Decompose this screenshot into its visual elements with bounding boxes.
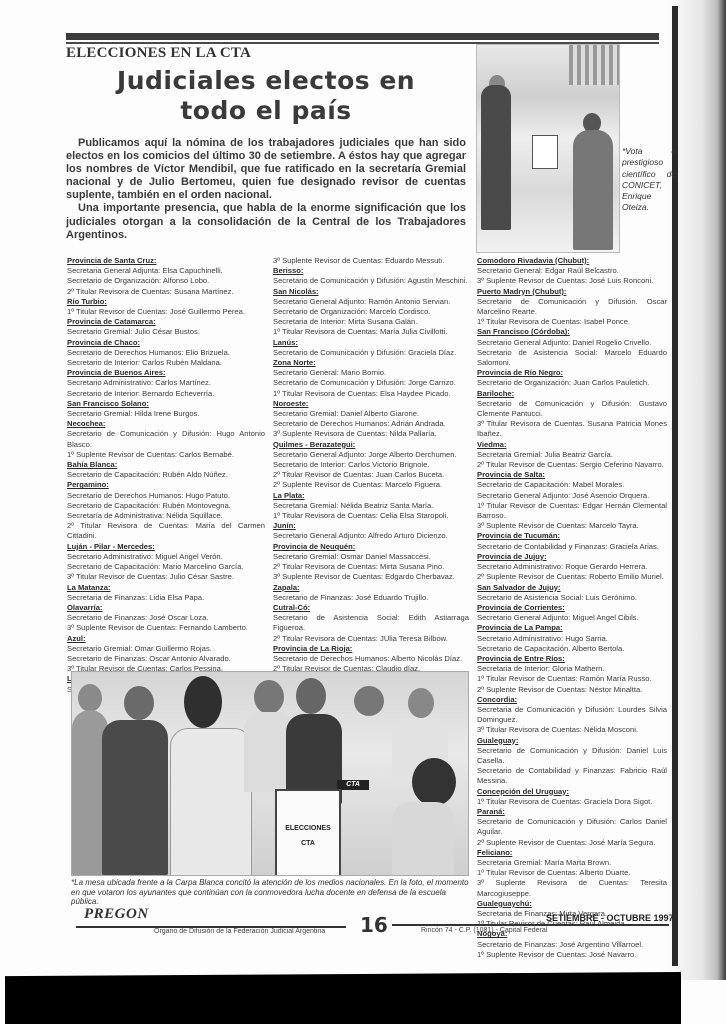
elected-official: Secretario Gremial: Julio César Bustos. xyxy=(67,327,265,337)
location-heading: Provincia de Chaco: xyxy=(67,338,265,348)
location-heading: Viedma: xyxy=(477,440,667,450)
elected-official: 3º Suplente Revisora de Cuentas: Teresit… xyxy=(477,878,667,898)
elected-official: 3º Suplente Revisor de Cuentas: Marcelo … xyxy=(477,521,667,531)
location-heading: Bariloche: xyxy=(477,389,667,399)
elected-official: Secretario de Organización: Marcelo Cord… xyxy=(273,307,469,317)
location-heading: Río Turbio: xyxy=(67,297,265,307)
elected-official: Secretario de Capacitación: Mabel Morale… xyxy=(477,480,667,490)
elected-official: 2º Titular Revisora de Cuentas: María de… xyxy=(67,521,265,541)
elected-official: Secretaría de Administrativa: Nélida Squ… xyxy=(67,511,265,521)
elected-official: 1º Titular Revisor de Cuentas: Ramón Mar… xyxy=(477,674,667,684)
elected-official: Secretario de Asistencia Social: Edith A… xyxy=(273,613,469,633)
elected-official: Secretario de Interior: Carlos Victorio … xyxy=(273,460,469,470)
location-heading: San Nicolás: xyxy=(273,287,469,297)
location-heading: Junín: xyxy=(273,521,469,531)
intro-text: Publicamos aquí la nómina de los trabaja… xyxy=(66,137,466,242)
location-heading: Provincia de Neuquén: xyxy=(273,542,469,552)
intro-paragraph-1: Publicamos aquí la nómina de los trabaja… xyxy=(66,137,466,202)
photo-ballot-box xyxy=(532,135,558,169)
elected-official: Secretario de Asistencia Social: Marcelo… xyxy=(477,348,667,368)
elected-official: Secretario Gremial: Daniel Alberto Giaro… xyxy=(273,409,469,419)
elected-official: 1º Suplente Revisor de Cuentas: José Nav… xyxy=(477,950,667,960)
elected-official: Secretario de Finanzas: José Argentino V… xyxy=(477,940,667,950)
pregon-logo: PREGON xyxy=(84,906,149,923)
elected-official: 2º Suplente Revisor de Cuentas: Néstor M… xyxy=(477,685,667,695)
elected-official: Secretario de Asistencia Social: Luis Ge… xyxy=(477,593,667,603)
location-heading: Berisso: xyxy=(273,266,469,276)
footer-address: Rincón 74 - C.P. (1081) - Capital Federa… xyxy=(421,927,547,934)
photo-voting-scientist xyxy=(476,44,620,253)
elected-official: Secretario de Contabilidad y Finanzas: G… xyxy=(477,542,667,552)
elected-official: 2º Suplente Revisor de Cuentas: Marcelo … xyxy=(273,480,469,490)
elected-official: 2º Titular Revisora de Cuentas: JUlia Te… xyxy=(273,634,469,644)
photo-person-head xyxy=(124,686,154,720)
elected-official: Secretario de Finanzas: José Oscar Loza. xyxy=(67,613,265,623)
location-heading: Provincia de Salta: xyxy=(477,470,667,480)
elected-official: Secretario Gremial: Hilda Irene Burgos. xyxy=(67,409,265,419)
elected-official: Secretario de Derechos Humanos: Alberto … xyxy=(273,654,469,664)
location-heading: Feliciano: xyxy=(477,848,667,858)
location-heading: Gualeguay: xyxy=(477,736,667,746)
footer-rule-right xyxy=(392,924,669,926)
photo-person-head xyxy=(78,684,102,712)
elected-official: Secretario de Comunicación y Difusión: G… xyxy=(477,399,667,419)
scan-border xyxy=(5,972,681,1024)
elected-official: Secretario de Finanzas: Oscar Antonio Al… xyxy=(67,654,265,664)
elected-official: Secretario de Derechos Humanos: Elio Bri… xyxy=(67,348,265,358)
ballot-box: ELECCIONES CTA xyxy=(275,789,341,876)
elected-official: 1º Titular Revisora de Cuentas: Graciela… xyxy=(477,797,667,807)
elected-official: Secretario General Adjunto: José Asencio… xyxy=(477,491,667,501)
location-heading: Provincia de Río Negro: xyxy=(477,368,667,378)
location-heading: Provincia de Tucumán: xyxy=(477,531,667,541)
elected-official: Secretaria de Interior: Mirta Susana Gal… xyxy=(273,317,469,327)
elected-official: Secretario General Adjunto: Miguel Angel… xyxy=(477,613,667,623)
elected-official: 1º Titular Revisora de Cuentas: Elsa Hay… xyxy=(273,389,469,399)
elected-official: Secretario Administrativo: Roque Gerardo… xyxy=(477,562,667,572)
elected-official: Secretario de Capacitación: Rubén Montov… xyxy=(67,501,265,511)
elected-official: Secretario de Capacitación. Alberto Bert… xyxy=(477,644,667,654)
location-heading: Provincia de La Pampa: xyxy=(477,623,667,633)
footer-organ-text: Organo de Difusión de la Federación Judi… xyxy=(154,928,325,935)
photo-person-head xyxy=(408,688,434,718)
elected-official: Secretario de Comunicación y Difusión: G… xyxy=(273,348,469,358)
location-heading: Comodoro Rivadavia (Chubut): xyxy=(477,256,667,266)
location-heading: Provincia de Corrientes: xyxy=(477,603,667,613)
elected-official: Secretario de Derechos Humanos: Hugo Pat… xyxy=(67,491,265,501)
elected-official: Secretario de Finanzas: José Eduardo Tru… xyxy=(273,593,469,603)
photo-person xyxy=(170,728,252,876)
photo-voting-table: CTA ELECCIONES CTA xyxy=(71,671,469,876)
elected-official: Secretario de Comunicación y Difusión: H… xyxy=(67,429,265,449)
photo-poll-worker-head xyxy=(412,758,456,806)
elected-official: Secretario de Organización: Alfonso Lobo… xyxy=(67,276,265,286)
elected-official: Secretario General Adjunto: Daniel Rogel… xyxy=(477,338,667,348)
location-heading: Olavarría: xyxy=(67,603,265,613)
elected-official: Secretario de Comunicación y Difusión: J… xyxy=(273,378,469,388)
location-heading: Zapala: xyxy=(273,583,469,593)
location-heading: Provincia de La Rioja: xyxy=(273,644,469,654)
elected-official: Secretario General Adjunto: Ramón Antoni… xyxy=(273,297,469,307)
elected-official: 1º Titular Revisora de Cuentas: Isabel P… xyxy=(477,317,667,327)
elected-official: 3º Suplente Revisor de Cuentas: Edgardo … xyxy=(273,572,469,582)
elected-official: Secretario Gremial: Osmar Daniel Massacc… xyxy=(273,552,469,562)
elected-official: 3º Suplente Revisor de Cuentas: José Lui… xyxy=(477,276,667,286)
location-heading: Lanús: xyxy=(273,338,469,348)
photo-woman xyxy=(573,130,613,250)
photo-bottom-caption: *La mesa ubicada frente a la Carpa Blanc… xyxy=(71,878,471,907)
elected-official: Secretario de Derechos Humanos: Adrián A… xyxy=(273,419,469,429)
location-heading: Provincia de Catamarca: xyxy=(67,317,265,327)
location-heading: Necochea: xyxy=(67,419,265,429)
cta-sign: CTA xyxy=(337,780,369,790)
photo-building xyxy=(569,45,619,85)
headline-line-1: Judiciales electos en xyxy=(66,66,466,96)
ballot-box-label-2: CTA xyxy=(277,840,339,847)
elected-official: Secretario General Adjunto: Alfredo Artu… xyxy=(273,531,469,541)
location-heading: Zona Norte: xyxy=(273,358,469,368)
location-heading: Puerto Madryn (Chubut): xyxy=(477,287,667,297)
location-heading: Paraná: xyxy=(477,807,667,817)
elected-official: 3º Suplente Revisor de Cuentas: Fernando… xyxy=(67,623,265,633)
elected-official: Secretaria de Comunicación y Difusión: L… xyxy=(477,705,667,725)
location-heading: Provincia de Jujuy: xyxy=(477,552,667,562)
elected-official: Secretario de Capacitación: Rubén Aldo N… xyxy=(67,470,265,480)
location-heading: San Francisco (Córdoba): xyxy=(477,327,667,337)
location-heading: San Salvador de Jujuy: xyxy=(477,583,667,593)
location-heading: Noroeste: xyxy=(273,399,469,409)
elected-official: 3º Titular Revisora de Cuentas. Susana P… xyxy=(477,419,667,439)
elected-official: Secretario Administrativo: Hugo Sarria. xyxy=(477,634,667,644)
ballot-box-label-1: ELECCIONES xyxy=(277,825,339,832)
elected-official: 1º Titular Revisora de Cuentas: María Ju… xyxy=(273,327,469,337)
elected-official: 3º Titular Revisora de Cuentas: Nélida M… xyxy=(477,725,667,735)
location-heading: Luján - Pilar - Mercedes: xyxy=(67,542,265,552)
elected-official: Secretario de Organización: Juan Carlos … xyxy=(477,378,667,388)
photo-person-head xyxy=(296,678,326,714)
elected-official: Secretario Administrativo: Miguel Angel … xyxy=(67,552,265,562)
photo-person-head xyxy=(184,676,222,728)
elected-official: 2º Titular Revisor de Cuentas: Sergio Ce… xyxy=(477,460,667,470)
elected-official: Secretaria General Adjunta: Elsa Capuchi… xyxy=(67,266,265,276)
issue-date: SETIEMBRE - OCTUBRE 1997 xyxy=(546,913,674,923)
location-heading: Cutral-Có: xyxy=(273,603,469,613)
column-2: 3º Suplente Revisor de Cuentas: Eduardo … xyxy=(273,256,469,695)
location-heading: Provincia de Buenos Aires: xyxy=(67,368,265,378)
elected-official: 2º Titular Revisora de Cuentas: Mirta Su… xyxy=(273,562,469,572)
location-heading: La Plata: xyxy=(273,491,469,501)
intro-paragraph-2: Una importante presencia, que habla de l… xyxy=(66,202,466,241)
elected-official: Secretaria de Finanzas: Lidia Elsa Papa. xyxy=(67,593,265,603)
location-heading: Quilmes - Berazategui: xyxy=(273,440,469,450)
elected-official: Secretario de Comunicación y Difusión: C… xyxy=(477,817,667,837)
page-number: 16 xyxy=(360,913,388,937)
location-heading: Provincia de Santa Cruz: xyxy=(67,256,265,266)
section-label: ELECCIONES EN LA CTA xyxy=(66,45,251,62)
location-heading: Gualeguaychú: xyxy=(477,899,667,909)
location-heading: Azul: xyxy=(67,634,265,644)
location-heading: Bahía Blanca: xyxy=(67,460,265,470)
elected-official: 1º Titular Revisor de Cuentas: Edgar Her… xyxy=(477,501,667,521)
header-bar xyxy=(66,33,659,40)
location-heading: San Francisco Solano: xyxy=(67,399,265,409)
elected-official: Secretario Gremial: Omar Guillermo Rojas… xyxy=(67,644,265,654)
elected-official: Secretario de Comunicación y Difusión. O… xyxy=(477,297,667,317)
location-heading: Concepción del Uruguay: xyxy=(477,787,667,797)
elected-official: 2º Titular Revisor de Cuentas: Juan Carl… xyxy=(273,470,469,480)
photo-person-head xyxy=(254,680,284,714)
location-heading: Provincia de Entre Ríos: xyxy=(477,654,667,664)
elected-official: Secretario de Comunicación y Difusión: A… xyxy=(273,276,469,286)
photo-person-head xyxy=(354,686,384,716)
location-heading: Pergamino: xyxy=(67,480,265,490)
elected-official: 1º Titular Revisor de Cuentas: Alberto D… xyxy=(477,868,667,878)
elected-official: 2º Suplente Revisor de Cuentas: Roberto … xyxy=(477,572,667,582)
elected-official: Secretario General: Mario Bornio. xyxy=(273,368,469,378)
elected-official: Secretaria Gremial: María Marta Brown. xyxy=(477,858,667,868)
elected-official: Secretario General Adjunto: Jorge Albert… xyxy=(273,450,469,460)
elected-official: 1º Suplente Revisor de Cuentas: Carlos B… xyxy=(67,450,265,460)
photo-man xyxy=(481,85,511,230)
location-heading: Concordia: xyxy=(477,695,667,705)
elected-official: Secretario de Comunicación y Difusión: D… xyxy=(477,746,667,766)
elected-official: Secretario Administrativo: Carlos Martín… xyxy=(67,378,265,388)
elected-official: Secretario de Interior: Carlos Rubén Mal… xyxy=(67,358,265,368)
elected-official: 2º Titular Revisora de Cuentas: Susana M… xyxy=(67,287,265,297)
elected-official: Secretario de Contabilidad y Finanzas: F… xyxy=(477,766,667,786)
photo-top-caption: *Vota el prestigioso científico del CONI… xyxy=(622,146,678,214)
elected-official: 2º Suplente Revisor de Cuentas: José Mar… xyxy=(477,838,667,848)
headline: Judiciales electos en todo el país xyxy=(66,66,466,126)
elected-official: Secretaria de Interior: Gloria Mathern. xyxy=(477,664,667,674)
headline-line-2: todo el país xyxy=(66,96,466,126)
elected-official: Secretaria Gremial: Nélida Beatriz Santa… xyxy=(273,501,469,511)
photo-poll-worker xyxy=(392,802,454,875)
elected-official: 1º Titular Revisora de Cuentas: Celia El… xyxy=(273,511,469,521)
location-heading: La Matanza: xyxy=(67,583,265,593)
elected-official: Secretario de Interior: Bernardo Echever… xyxy=(67,389,265,399)
elected-official: Secretaria Gremial: Julia Beatriz García… xyxy=(477,450,667,460)
elected-official: 3º Titular Revisor de Cuentas: Julio Cés… xyxy=(67,572,265,582)
elected-official: 3º Suplente Revisora de Cuentas: Nilda P… xyxy=(273,429,469,439)
elected-official: Secretario General: Edgar Raúl Belcastro… xyxy=(477,266,667,276)
elected-official: 1º Titular Revisor de Cuentas: José Guil… xyxy=(67,307,265,317)
photo-person xyxy=(102,720,168,875)
elected-official: Secretario de Capacitación: Mario Marcel… xyxy=(67,562,265,572)
column-3: Comodoro Rivadavia (Chubut):Secretario G… xyxy=(477,256,667,960)
elected-official: 3º Suplente Revisor de Cuentas: Eduardo … xyxy=(273,256,469,266)
column-1: Provincia de Santa Cruz:Secretaria Gener… xyxy=(67,256,265,695)
